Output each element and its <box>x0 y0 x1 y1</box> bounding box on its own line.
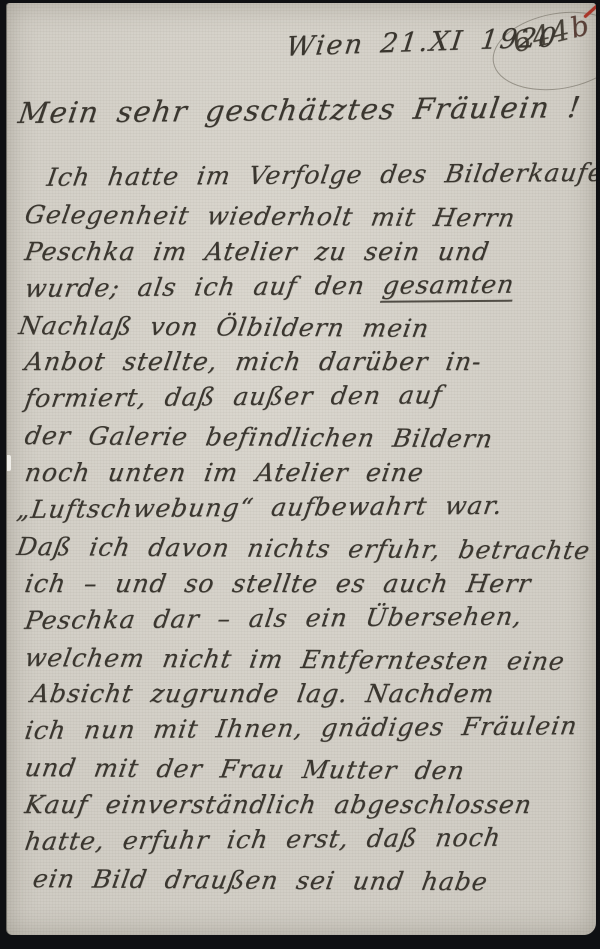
letter-line: Peschka dar – als ein Übersehen, <box>14 598 595 640</box>
letter-line: und mit der Frau Mutter den <box>14 750 594 791</box>
letter-line: Nachlaß von Ölbildern mein <box>14 308 594 349</box>
letter-line: Gelegenheit wiederholt mit Herrn <box>14 197 594 238</box>
letter-line: der Galerie befindlichen Bildern <box>14 418 594 459</box>
letter-line: Daß ich davon nichts erfuhr, betrachte <box>14 529 594 570</box>
salutation: Mein sehr geschätztes Fräulein ! <box>16 90 584 130</box>
letter-line: Ich hatte im Verfolge des Bilderkaufes <box>14 155 595 197</box>
letter-line: ein Bild draußen sei und habe <box>14 861 594 902</box>
letter-line: ich nun mit Ihnen, gnädiges Fräulein <box>14 708 595 750</box>
letter-line: Kauf einverständlich abgeschlossen <box>14 787 595 824</box>
underlined-word: gesamten <box>380 269 516 302</box>
letter-line: hatte, erfuhr ich erst, daß noch <box>14 819 595 861</box>
letter-line-text: wurde; als ich auf den <box>23 270 385 302</box>
letter-line: noch unten im Atelier eine <box>14 455 595 492</box>
paper-edge-nick <box>7 455 11 471</box>
letter-line: wurde; als ich auf den gesamten <box>14 266 595 308</box>
letter-line: Peschka im Atelier zu sein und <box>14 234 595 271</box>
letter-line: welchem nicht im Entferntesten eine <box>14 640 594 681</box>
letter-line: ich – und so stellte es auch Herr <box>14 566 595 603</box>
letter-body: Ich hatte im Verfolge des Bilderkaufes G… <box>17 160 592 898</box>
scan-background: { "colors":{ "bg":"#0f1013", "paper":"#d… <box>0 0 600 949</box>
letter-line: „Luftschwebung“ aufbewahrt war. <box>14 487 595 529</box>
letter-line: formiert, daß außer den auf <box>14 376 595 418</box>
letter-page: 644b Wien 21.XI 1920 Mein sehr geschätzt… <box>7 3 596 935</box>
